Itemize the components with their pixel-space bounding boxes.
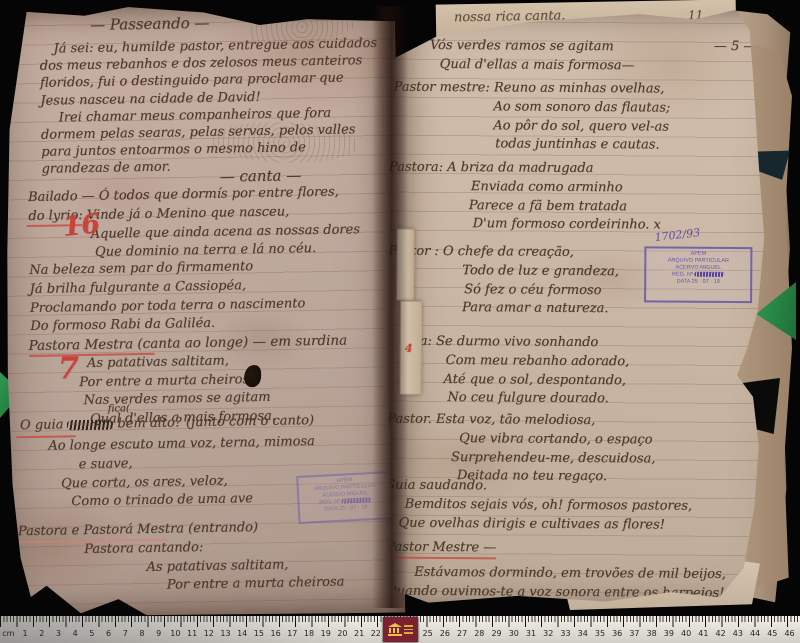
canta-heading: — canta — bbox=[220, 166, 302, 185]
handwritten-line: No ceu fulgure dourado. bbox=[447, 389, 629, 409]
handwritten-line: Vós verdes ramos se agitam bbox=[430, 37, 635, 57]
stamp-handwriting bbox=[342, 497, 372, 504]
ruler-number: 9 bbox=[150, 629, 167, 638]
stamp-reference-number: 1702/93 bbox=[654, 226, 701, 244]
left-page-title: — Passeando — bbox=[90, 14, 210, 34]
ruler-number: 31 bbox=[522, 629, 539, 638]
ruler-numbers-right: 2526272829303132333435363738394041424344… bbox=[419, 629, 798, 638]
handwritten-line: Pastora: A briza da madrugada bbox=[389, 159, 661, 180]
right-page-number: — 5 — bbox=[714, 39, 757, 54]
guia-saudando-verse: Guia saudando.Bemditos sejais vós, oh! f… bbox=[384, 477, 692, 536]
stamp-handwriting bbox=[694, 272, 724, 277]
fica-annotation: fica( bbox=[108, 403, 130, 414]
ruler-number: 34 bbox=[574, 629, 591, 638]
ruler-number: 7 bbox=[117, 629, 134, 638]
ruler-number: 28 bbox=[471, 629, 488, 638]
ruler-number: 4 bbox=[67, 629, 84, 638]
ruler-number: 3 bbox=[50, 629, 67, 638]
handwritten-line: Pastor : O chefe da creação, bbox=[388, 243, 619, 263]
badge-text-dashes bbox=[404, 625, 413, 634]
handwritten-line: Todo de luz e grandeza, bbox=[462, 262, 619, 282]
ruler-number: 38 bbox=[643, 629, 660, 638]
ruler-number: 27 bbox=[453, 629, 470, 638]
stamp-reg-label: REG. Nº bbox=[319, 499, 340, 506]
handwritten-line: Bemditos sejais vós, oh! formosos pastor… bbox=[405, 496, 693, 517]
handwritten-line: Que vibra cortando, o espaço bbox=[459, 430, 656, 450]
handwritten-line: Enviada como arminho bbox=[471, 178, 661, 198]
photo-scale-ruler: cm12345678910111213141516171819202122 25… bbox=[0, 616, 800, 643]
handwritten-line: Com meu rebanho adorado, bbox=[446, 352, 630, 372]
handwritten-line: Estávamos dormindo, em trovões de mil be… bbox=[414, 564, 726, 585]
ruler-number: 15 bbox=[251, 629, 268, 638]
archive-stamp-faint: APEM ARQUIVO PARTICULAR ACERVO MIGUEL RE… bbox=[296, 471, 394, 524]
ruler-number: 5 bbox=[84, 629, 101, 638]
pastor-verse: Pastor : O chefe da creação,Todo de luz … bbox=[388, 243, 619, 320]
ruler-number: 29 bbox=[488, 629, 505, 638]
ruler-number: 8 bbox=[134, 629, 151, 638]
ruler-number: 10 bbox=[167, 629, 184, 638]
o-guia-verse: Ao longe escuto uma voz, terna, mimosae … bbox=[20, 433, 316, 513]
ruler-number: 13 bbox=[217, 629, 234, 638]
handwritten-line: Pastor mestre: Reuno as minhas ovelhas, bbox=[393, 79, 670, 100]
handwritten-line: Qual d'ellas a mais formosa— bbox=[440, 56, 635, 76]
handwritten-line: Ao pôr do sol, quero vel-as bbox=[493, 117, 670, 137]
handwritten-line: D'um formoso cordeirinho. x bbox=[473, 216, 661, 236]
ruler-number: 2 bbox=[33, 629, 50, 638]
stamp-reg-label: REG. Nº bbox=[672, 272, 693, 278]
left-manuscript-page: — Passeando — Já sei: eu, humilde pastor… bbox=[0, 1, 405, 620]
ruler-number: 40 bbox=[678, 629, 695, 638]
stamp-line: DATA 25 · 07 · 19 bbox=[650, 278, 746, 286]
ruler-number: 45 bbox=[764, 629, 781, 638]
ruler-number: 17 bbox=[284, 629, 301, 638]
ruler-number: 39 bbox=[660, 629, 677, 638]
handwritten-line: todas juntinhas e cautas. bbox=[495, 136, 670, 156]
repair-tape bbox=[396, 229, 415, 301]
entrando-verse: Pastora e Pastorá Mestra (entrando)Pasto… bbox=[18, 518, 345, 599]
ruler-number: 30 bbox=[505, 629, 522, 638]
pastora-verse: Pastora: A briza da madrugadaEnviada com… bbox=[389, 159, 662, 236]
repair-tape-2: 4 bbox=[399, 301, 422, 395]
ruler-number: 14 bbox=[234, 629, 251, 638]
ruler-number: 22 bbox=[367, 629, 384, 638]
handwritten-line: Pastor. Esta voz, tão melodiosa, bbox=[387, 411, 656, 432]
ruler-number: 26 bbox=[436, 629, 453, 638]
ruler-logo-badge bbox=[383, 617, 418, 642]
handwritten-line: Só fez o céu formoso bbox=[464, 281, 619, 301]
opening-couplet: Vós verdes ramos se agitamQual d'ellas a… bbox=[430, 37, 635, 76]
ruler-number: 33 bbox=[557, 629, 574, 638]
ruler-number: 25 bbox=[419, 629, 436, 638]
ruler-number: 37 bbox=[626, 629, 643, 638]
handwritten-line: Parece a fã bem tratada bbox=[469, 197, 661, 217]
o-guia-post: bem alto? (junto com o canto) bbox=[117, 413, 314, 431]
ruler-number: 21 bbox=[351, 629, 368, 638]
ruler-number: 41 bbox=[695, 629, 712, 638]
ruler-number: 32 bbox=[540, 629, 557, 638]
handwritten-line: Como o trinado de uma ave bbox=[71, 489, 316, 512]
archival-photo-of-open-manuscript: nossa rica canta. 11 — Passeando — Já se… bbox=[0, 0, 800, 643]
ruler-number: 46 bbox=[781, 629, 798, 638]
ruler-number: 6 bbox=[100, 629, 117, 638]
red-margin-number-7: 7 bbox=[58, 351, 79, 386]
ruler-number: 1 bbox=[17, 629, 34, 638]
handwritten-line: a: Se durmo vivo sonhando bbox=[420, 333, 630, 353]
archive-stamp: APEM ARQUIVO PARTICULAR ACERVO MIGUEL RE… bbox=[644, 246, 752, 303]
ruler-number: 20 bbox=[334, 629, 351, 638]
handwritten-line: Até que o sol, despontando, bbox=[443, 371, 629, 391]
handwritten-line: Ao som sonoro das flautas; bbox=[493, 98, 670, 118]
ruler-number: 19 bbox=[317, 629, 334, 638]
handwritten-line: Para amar a natureza. bbox=[462, 300, 619, 320]
o-guia-pre: O guia bbox=[20, 417, 64, 433]
ruler-number: 44 bbox=[746, 629, 763, 638]
ruler-number: 42 bbox=[712, 629, 729, 638]
pastor-mestre-verse: Pastor mestre: Reuno as minhas ovelhas,A… bbox=[393, 79, 670, 156]
handwritten-line: Guia saudando. bbox=[385, 477, 693, 498]
ruler-number: 36 bbox=[609, 629, 626, 638]
ruler-number: 16 bbox=[267, 629, 284, 638]
pastora-dormindo-verse: a: Se durmo vivo sonhandoCom meu rebanho… bbox=[405, 333, 629, 410]
handwritten-line: Que ovelhas dirigis e cultivaes as flore… bbox=[398, 514, 692, 535]
ruler-number: cm bbox=[0, 629, 17, 638]
o-guia-line: O guiabem alto? (junto com o canto) bbox=[20, 412, 314, 436]
red-margin-number-16: 16 bbox=[61, 208, 102, 243]
firmamento-verse: Na beleza sem par do firmamentoJá brilha… bbox=[29, 257, 306, 337]
handwritten-line: Por entre a murta cheirosa bbox=[167, 574, 345, 596]
ruler-number: 12 bbox=[200, 629, 217, 638]
opening-paragraph: Já sei: eu, humilde pastor, entregue aos… bbox=[39, 35, 379, 178]
building-icon bbox=[388, 623, 402, 636]
ruler-numbers-left: cm12345678910111213141516171819202122 bbox=[0, 629, 384, 638]
ruler-number: 43 bbox=[729, 629, 746, 638]
right-manuscript-page: — 5 — Vós verdes ramos se agitamQual d'e… bbox=[384, 3, 792, 618]
ink-scribble-strikeout bbox=[67, 419, 113, 430]
ruler-number: 18 bbox=[301, 629, 318, 638]
handwritten-line: Surprehendeu-me, descuidosa, bbox=[451, 449, 656, 469]
ruler-number: 35 bbox=[591, 629, 608, 638]
red-tape-mark-4: 4 bbox=[405, 342, 413, 355]
ruler-number: 11 bbox=[184, 629, 201, 638]
